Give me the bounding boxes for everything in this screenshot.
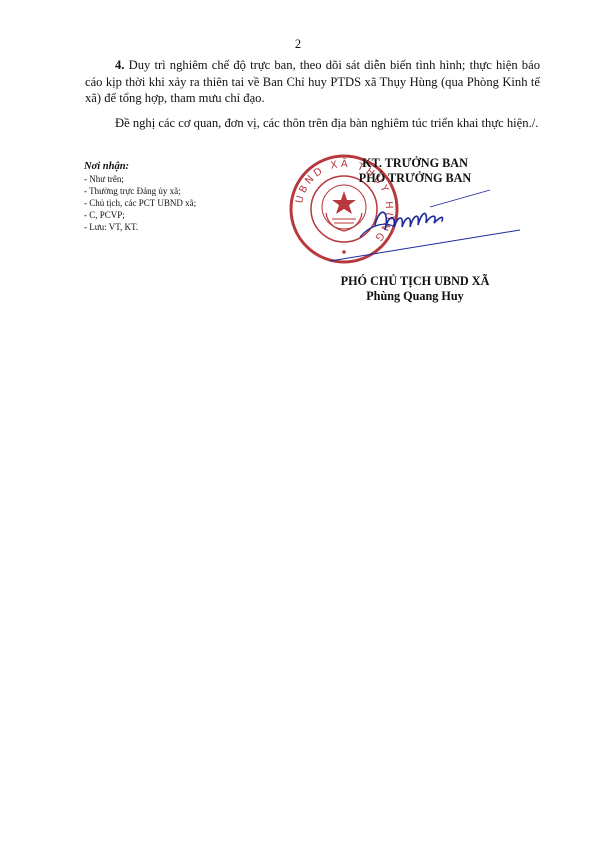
recipients-block: Nơi nhận: - Như trên; - Thường trực Đảng… xyxy=(84,160,196,233)
signer-name: Phùng Quang Huy xyxy=(300,289,530,304)
recipient-item: - Lưu: VT, KT. xyxy=(84,221,196,233)
closing-paragraph-text: Đề nghị các cơ quan, đơn vị, các thôn tr… xyxy=(85,115,540,132)
recipient-item: - Chủ tịch, các PCT UBND xã; xyxy=(84,197,196,209)
recipients-heading: Nơi nhận: xyxy=(84,160,196,173)
signature-title-line2: PHÓ TRƯỞNG BAN xyxy=(300,171,530,186)
closing-paragraph: Đề nghị các cơ quan, đơn vị, các thôn tr… xyxy=(85,115,540,132)
handwritten-signature-icon xyxy=(330,185,520,265)
paragraph-4: 4. Duy trì nghiêm chế độ trực ban, theo … xyxy=(85,57,540,107)
recipient-item: - Như trên; xyxy=(84,173,196,185)
signature-block: KT. TRƯỞNG BAN PHÓ TRƯỞNG BAN PHÓ CHỦ TỊ… xyxy=(300,156,530,186)
paragraph-4-text: Duy trì nghiêm chế độ trực ban, theo dõi… xyxy=(85,58,540,105)
signer-position: PHÓ CHỦ TỊCH UBND XÃ xyxy=(300,274,530,289)
page-number: 2 xyxy=(0,37,596,52)
signature-title-line1: KT. TRƯỞNG BAN xyxy=(300,156,530,171)
recipient-item: - C, PCVP; xyxy=(84,209,196,221)
recipient-item: - Thường trực Đảng ủy xã; xyxy=(84,185,196,197)
